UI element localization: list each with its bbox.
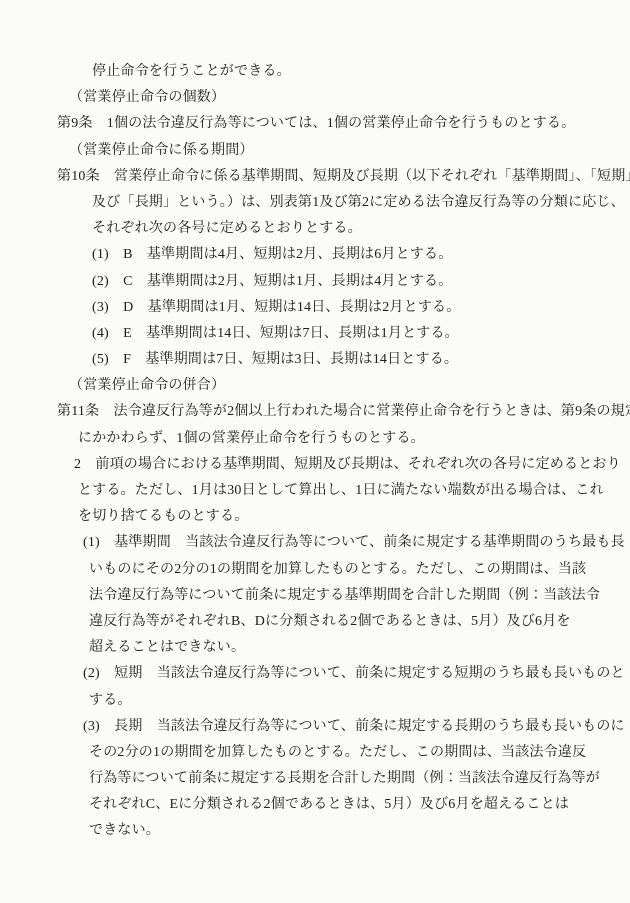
document-line: にかかわらず、1個の営業停止命令を行うものとする。 <box>78 426 575 452</box>
document-line: それぞれ次の各号に定めるとおりとする。 <box>92 216 575 242</box>
document-line: 超えることはできない。 <box>89 635 575 661</box>
document-line: (1) B 基準期間は4月、短期は2月、長期は6月とする。 <box>92 242 575 268</box>
document-body: 停止命令を行うことができる。（営業停止命令の個数）第9条 1個の法令違反行為等に… <box>0 59 575 845</box>
document-line: (2) 短期 当該法令違反行為等について、前条に規定する短期のうち最も長いものと <box>83 661 575 687</box>
document-line: (2) C 基準期間は2月、短期は1月、長期は4月とする。 <box>92 269 575 295</box>
document-line: 行為等について前条に規定する長期を合計した期間（例：当該法令違反行為等が <box>89 766 575 792</box>
document-line: 第9条 1個の法令違反行為等については、1個の営業停止命令を行うものとする。 <box>57 111 575 137</box>
document-line: (3) 長期 当該法令違反行為等について、前条に規定する長期のうち最も長いものに <box>83 714 575 740</box>
document-line: (1) 基準期間 当該法令違反行為等について、前条に規定する基準期間のうち最も長 <box>83 530 575 556</box>
document-line: できない。 <box>89 818 575 844</box>
document-line: 及び「長期」という。）は、別表第1及び第2に定める法令違反行為等の分類に応じ、 <box>92 190 575 216</box>
document-line: (4) E 基準期間は14日、短期は7日、長期は1月とする。 <box>92 321 575 347</box>
document-line: 違反行為等がそれぞれB、Dに分類される2個であるときは、5月）及び6月を <box>89 609 575 635</box>
document-line: 停止命令を行うことができる。 <box>92 59 575 85</box>
page-root: { "page": { "background_color": "#fbfbf9… <box>0 0 630 903</box>
document-line: (5) F 基準期間は7日、短期は3日、長期は14日とする。 <box>92 347 575 373</box>
document-line: それぞれC、Eに分類される2個であるときは、5月）及び6月を超えることは <box>89 792 575 818</box>
document-line: (3) D 基準期間は1月、短期は14日、長期は2月とする。 <box>92 295 575 321</box>
document-line: （営業停止命令の併合） <box>69 373 575 399</box>
document-line: を切り捨てるものとする。 <box>78 504 575 530</box>
document-line: その2分の1の期間を加算したものとする。ただし、この期間は、当該法令違反 <box>89 740 575 766</box>
document-line: いものにその2分の1の期間を加算したものとする。ただし、この期間は、当該 <box>89 557 575 583</box>
document-line: とする。ただし、1月は30日として算出し、1日に満たない端数が出る場合は、これ <box>78 478 575 504</box>
document-line: 2 前項の場合における基準期間、短期及び長期は、それぞれ次の各号に定めるとおり <box>74 452 575 478</box>
document-line: する。 <box>89 688 575 714</box>
document-line: 第10条 営業停止命令に係る基準期間、短期及び長期（以下それぞれ「基準期間」、「… <box>57 164 575 190</box>
document-line: （営業停止命令の個数） <box>69 85 575 111</box>
document-line: 第11条 法令違反行為等が2個以上行われた場合に営業停止命令を行うときは、第9条… <box>57 399 575 425</box>
document-line: （営業停止命令に係る期間） <box>69 138 575 164</box>
document-page: 停止命令を行うことができる。（営業停止命令の個数）第9条 1個の法令違反行為等に… <box>0 0 630 903</box>
document-line: 法令違反行為等について前条に規定する基準期間を合計した期間（例：当該法令 <box>89 583 575 609</box>
